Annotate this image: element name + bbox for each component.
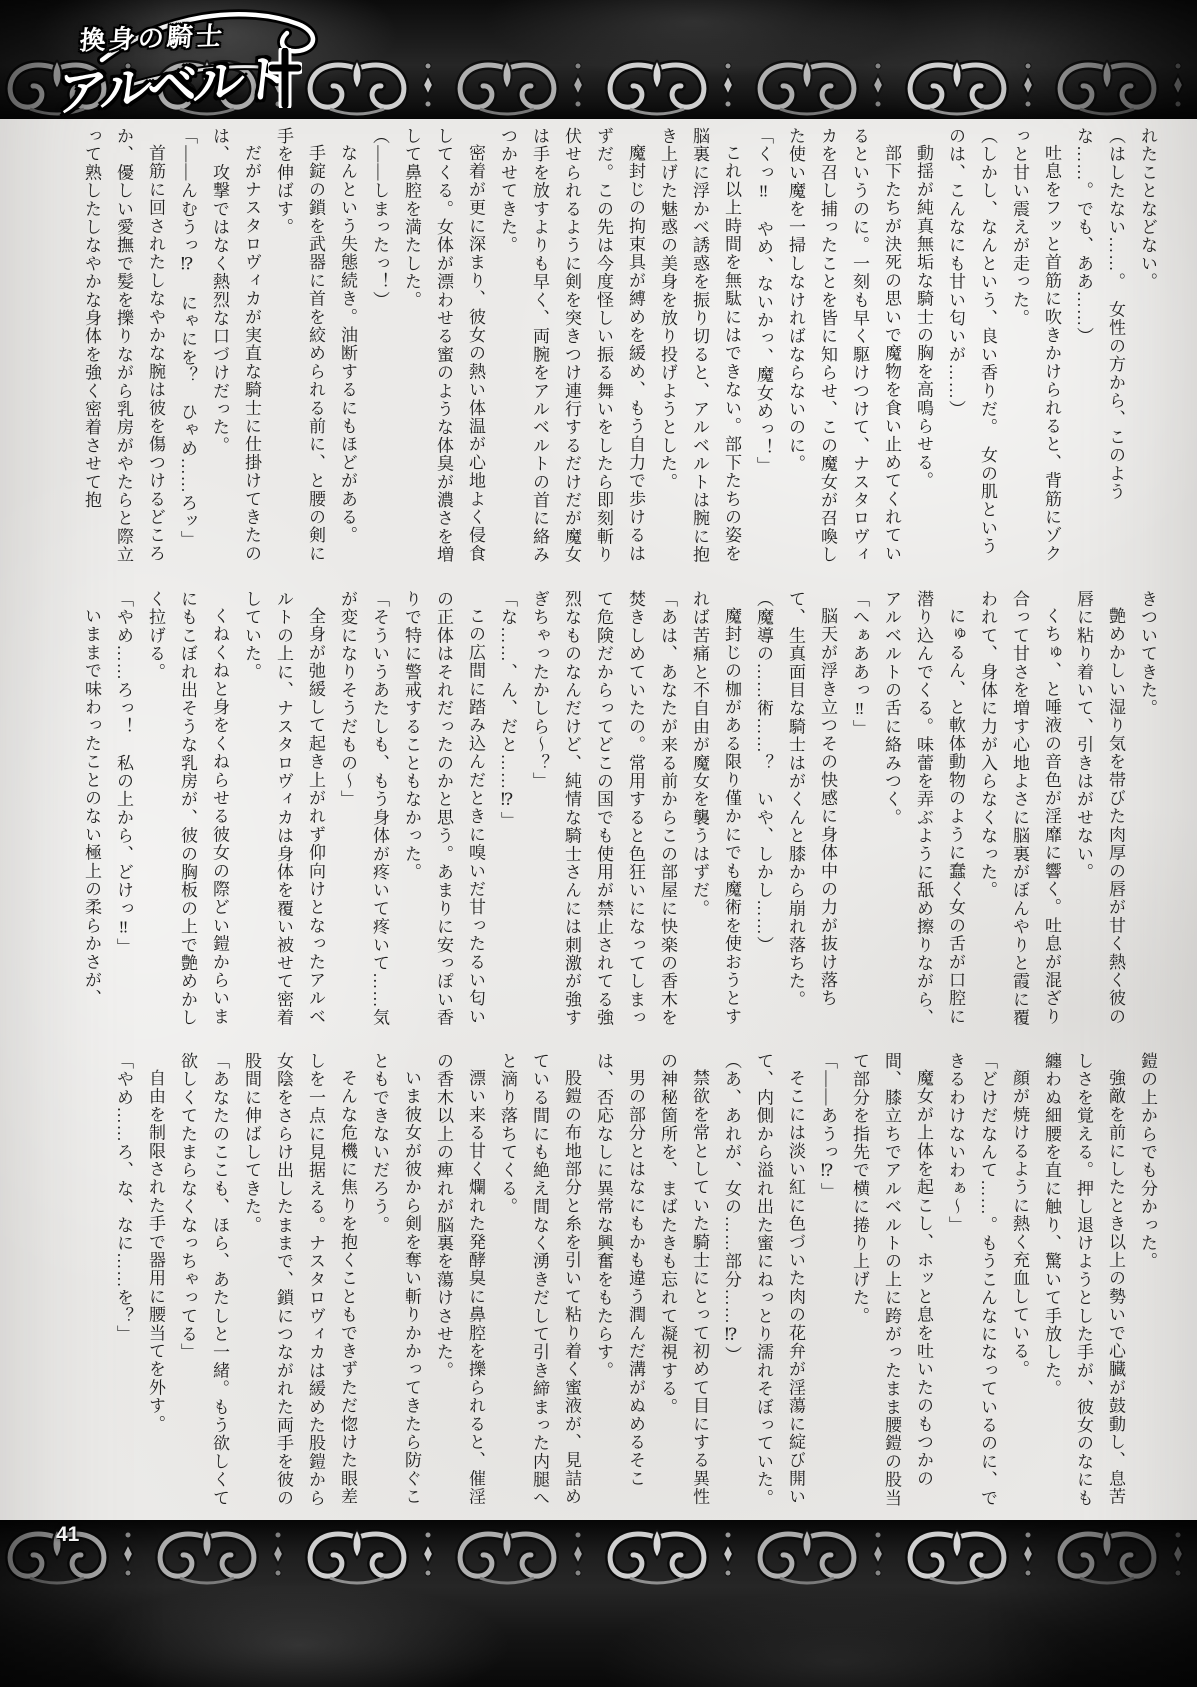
ornament-motif <box>750 1524 900 1588</box>
paragraph: 魔封じの枷がある限り僅かにでも魔術を使おうとすれば苦痛と不自由が魔女を襲うはずだ… <box>683 590 747 1033</box>
paragraph: （しかし、なんという、良い香りだ。 女の肌というのは、こんなにも甘い匂いが……） <box>939 127 1003 564</box>
paragraph: 「どけだなんて……。もうこんなになっているのに、できるわけないわぁ～」 <box>939 1052 1003 1515</box>
paragraph: この広間に踏み込んだときに嗅いだ甘ったるい匂いの正体はそれだったのかと思う。あま… <box>395 590 491 1033</box>
paragraph: きついてきた。 <box>1131 590 1163 1033</box>
ornament-motif <box>900 55 1050 119</box>
paragraph: これ以上時間を無駄にはできない。部下たちの姿を脳裏に浮かべ誘惑を振り切ると、アル… <box>651 127 747 564</box>
bottom-decorative-border: 41 <box>0 1520 1197 1687</box>
book-page: 換身の騎士 アルベルト れたことなどない。（はしたない……。 女性の方から、この… <box>0 0 1197 1687</box>
paragraph: 首筋に回されたしなやかな腕は彼を傷つけるどころか、優しい愛撫で髪を擽りながら乳房… <box>75 127 171 564</box>
paragraph: 部下たちが決死の思いで魔物を食い止めてくれているというのに。一刻も早く駆けつけて… <box>779 127 907 564</box>
paragraph: 「そういうあたしも、もう身体が疼いて疼いて……気が変になりそうだもの～」 <box>331 590 395 1033</box>
paragraph: 「――あうっ⁉」 <box>811 1052 843 1515</box>
paragraph: れたことなどない。 <box>1131 127 1163 564</box>
ornament-motif <box>600 55 750 119</box>
bottom-ornament-row <box>0 1524 1197 1588</box>
ornament-motif <box>750 55 900 119</box>
paragraph: 「やめ……ろっ！ 私の上から、どけっ‼」 <box>107 590 139 1033</box>
ornament-motif <box>450 1524 600 1588</box>
ornament-motif <box>150 1524 300 1588</box>
paragraph: 「あは、あなたが来る前からこの部屋に快楽の香木を焚きしめていたの。常用すると色狂… <box>523 590 683 1033</box>
paragraph: 「へぁああっ‼」 <box>843 590 875 1033</box>
paragraph: （あ、あれが、女の……部分……⁉） <box>715 1052 747 1515</box>
ornament-motif <box>1050 1524 1197 1588</box>
ornament-motif <box>450 55 600 119</box>
paragraph: 「くっ‼ やめ、ないかっ、魔女めっ！」 <box>747 127 779 564</box>
paragraph: 顔が焼けるように熱く充血している。 <box>1003 1052 1035 1515</box>
ornament-motif <box>300 1524 450 1588</box>
text-block-middle: きついてきた。艶めかしい湿り気を帯びた肉厚の唇が甘く熱く彼の唇に粘り着いて、引き… <box>75 590 1163 1033</box>
paragraph: 男の部分とはなにもかも違う潤んだ溝がぬめるそこは、否応なしに異常な興奮をもたらす… <box>587 1052 651 1515</box>
paragraph: 「あなたのここも、ほら、あたしと一緒。もう欲しくて欲しくてたまらなくなっちゃって… <box>171 1052 235 1515</box>
paragraph: だがナスタロヴィカが実直な騎士に仕掛けてきたのは、攻撃ではなく熱烈な口づけだった… <box>203 127 267 564</box>
paragraph: （魔導の……術……？ いや、しかし……） <box>747 590 779 1033</box>
ornament-motif <box>900 1524 1050 1588</box>
paragraph: （――しまったっ！） <box>363 127 395 564</box>
paragraph: そんな危機に焦りを抱くこともできずただ惚けた眼差しを一点に見据える。ナスタロヴィ… <box>235 1052 363 1515</box>
ornament-motif <box>1050 55 1197 119</box>
paragraph: 鎧の上からでも分かった。 <box>1131 1052 1163 1515</box>
paragraph: 漂い来る甘く爛れた発酵臭に鼻腔を擽られると、催淫の香木以上の痺れが脳裏を蕩けさせ… <box>427 1052 491 1515</box>
text-block-top: れたことなどない。（はしたない……。 女性の方から、このような……。でも、ああ…… <box>75 127 1163 564</box>
paragraph: いままで味わったことのない極上の柔らかさが、 <box>75 590 107 1033</box>
paragraph: 強敵を前にしたとき以上の勢いで心臓が鼓動し、息苦しさを覚える。押し退けようとした… <box>1035 1052 1131 1515</box>
paragraph: なんという失態続き。油断するにもほどがある。 <box>331 127 363 564</box>
series-logo: 換身の騎士 アルベルト <box>36 0 336 122</box>
paragraph: 艶めかしい湿り気を帯びた肉厚の唇が甘く熱く彼の唇に粘り着いて、引きはがせない。 <box>1067 590 1131 1033</box>
paragraph: にゅるん、と軟体動物のように蠢く女の舌が口腔に潜り込んでくる。味蕾を弄ぶように舐… <box>875 590 971 1033</box>
paragraph: （はしたない……。 女性の方から、このような……。でも、ああ……） <box>1067 127 1131 564</box>
paragraph: 吐息をフッと首筋に吹きかけられると、背筋にゾクっと甘い震えが走った。 <box>1003 127 1067 564</box>
ornament-motif <box>600 1524 750 1588</box>
paragraph: 「――んむうっ⁉ にゃにを？ ひゃめ……ろッ」 <box>171 127 203 564</box>
paragraph: 自由を制限された手で器用に腰当てを外す。 <box>139 1052 171 1515</box>
paragraph: 手錠の鎖を武器に首を絞められる前に、と腰の剣に手を伸ばす。 <box>267 127 331 564</box>
text-block-bottom: 鎧の上からでも分かった。強敵を前にしたとき以上の勢いで心臓が鼓動し、息苦しさを覚… <box>107 1052 1163 1515</box>
paragraph: いま彼女が彼から剣を奪い斬りかかってきたら防ぐこともできないだろう。 <box>363 1052 427 1515</box>
paragraph: くちゅ、と唾液の音色が淫靡に響く。吐息が混ざり合って甘さを増す心地よさに脳裏がぼ… <box>971 590 1067 1033</box>
paragraph: 魔封じの拘束具が縛めを緩め、もう自力で歩けるはずだ。この先は今度怪しい振る舞いを… <box>491 127 651 564</box>
paragraph: 魔女が上体を起こし、ホッと息を吐いたのもつかの間、膝立ちでアルベルトの上に跨がっ… <box>843 1052 939 1515</box>
paragraph: 股鎧の布地部分と糸を引いて粘り着く蜜液が、見詰めている間にも絶え間なく湧きだして… <box>491 1052 587 1515</box>
paragraph: そこには淡い紅に色づいた肉の花弁が淫蕩に綻び開いて、内側から溢れ出た蜜にねっとり… <box>747 1052 811 1515</box>
paragraph: 密着が更に深まり、彼女の熱い体温が心地よく侵食してくる。女体が漂わせる蜜のような… <box>395 127 491 564</box>
paragraph: 「な……、ん、だと……⁉」 <box>491 590 523 1033</box>
paragraph: 全身が弛緩して起き上がれず仰向けとなったアルベルトの上に、ナスタロヴィカは身体を… <box>235 590 331 1033</box>
paragraph: 禁欲を常としていた騎士にとって初めて目にする異性の神秘箇所を、まばたきも忘れて凝… <box>651 1052 715 1515</box>
page-number: 41 <box>56 1523 79 1547</box>
paragraph: くねくねと身をくねらせる彼女の際どい鎧からいまにもこぼれ出そうな乳房が、彼の胸板… <box>139 590 235 1033</box>
paragraph: 「やめ……ろ、な、なに……を？」 <box>107 1052 139 1515</box>
paragraph: 脳天が浮き立つその快感に身体中の力が抜け落ちて、生真面目な騎士はがくんと膝から崩… <box>779 590 843 1033</box>
logo-cross-icon <box>268 48 302 108</box>
paragraph: 動揺が純真無垢な騎士の胸を高鳴らせる。 <box>907 127 939 564</box>
